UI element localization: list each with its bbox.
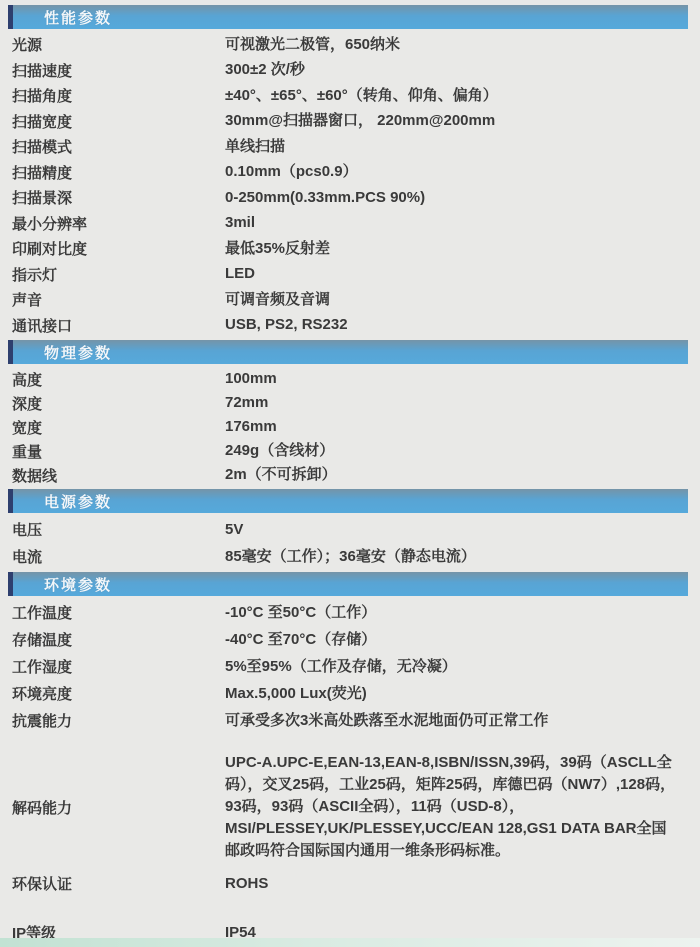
spec-value: 176mm [225, 416, 680, 438]
spec-value: -10°C 至50°C（工作） [225, 602, 680, 624]
spec-section: 电源参数 电压 5V 电流 85毫安（工作）；36毫安（静态电流） [0, 489, 700, 572]
spec-row: 扫描模式 单线扫描 [12, 134, 688, 160]
spec-value: -40°C 至70°C（存储） [225, 629, 680, 651]
spec-label: 通讯接口 [12, 315, 225, 336]
spec-value: LED [225, 263, 680, 285]
spec-value: 0.10mm（pcs0.9） [225, 161, 680, 183]
spec-label: 最小分辨率 [12, 213, 225, 234]
spec-row: 数据线 2m（不可拆卸） [12, 463, 688, 487]
spec-row: 环保认证 ROHS [12, 870, 688, 897]
spec-label: 深度 [12, 393, 225, 414]
spec-value: 可承受多次3米高处跌落至水泥地面仍可正常工作 [225, 710, 680, 732]
spec-label: 宽度 [12, 417, 225, 438]
section-header-bar: 性能参数 [8, 5, 688, 29]
spec-label: 声音 [12, 289, 225, 310]
spec-row: 最小分辨率 3mil [12, 211, 688, 237]
spec-row: 扫描精度 0.10mm（pcs0.9） [12, 160, 688, 186]
section-rows: 高度 100mm 深度 72mm 宽度 176mm 重量 249g（含线材） 数… [0, 364, 700, 489]
spec-row: 指示灯 LED [12, 262, 688, 288]
spec-section: 物理参数 高度 100mm 深度 72mm 宽度 176mm 重量 249g（含… [0, 340, 700, 489]
spec-value: USB, PS2, RS232 [225, 314, 680, 336]
spec-label: 指示灯 [12, 264, 225, 285]
spec-row: 扫描景深 0-250mm(0.33mm.PCS 90%) [12, 185, 688, 211]
spec-row: 电压 5V [12, 516, 688, 543]
footer-strip [0, 938, 700, 947]
spec-value: ±40°、±65°、±60°（转角、仰角、偏角） [225, 85, 680, 107]
spec-value: 最低35%反射差 [225, 238, 680, 260]
spec-value: 30mm@扫描器窗口， 220mm@200mm [225, 110, 680, 132]
spec-section: 性能参数 光源 可视激光二极管，650纳米 扫描速度 300±2 次/秒 扫描角… [0, 5, 700, 340]
spec-row: 印刷对比度 最低35%反射差 [12, 236, 688, 262]
spec-value: 5%至95%（工作及存储，无冷凝） [225, 656, 680, 678]
spec-label: 环保认证 [12, 873, 225, 894]
section-rows: 电压 5V 电流 85毫安（工作）；36毫安（静态电流） [0, 513, 700, 572]
section-title: 环境参数 [44, 574, 112, 595]
spec-value: 0-250mm(0.33mm.PCS 90%) [225, 187, 680, 209]
spec-label: 解码能力 [12, 797, 225, 818]
spec-row: 电流 85毫安（工作）；36毫安（静态电流） [12, 543, 688, 570]
spec-value: 可调音频及音调 [225, 289, 680, 311]
spec-label: 工作温度 [12, 602, 225, 623]
spec-label: 电压 [12, 519, 225, 540]
spec-value: 100mm [225, 368, 680, 390]
section-header-bar: 物理参数 [8, 340, 688, 364]
spec-section: 环境参数 工作温度 -10°C 至50°C（工作） 存储温度 -40°C 至70… [0, 572, 700, 947]
spec-row: 存储温度 -40°C 至70°C（存储） [12, 626, 688, 653]
spec-label: 存储温度 [12, 629, 225, 650]
section-header-bar: 电源参数 [8, 489, 688, 513]
spec-label: 扫描宽度 [12, 111, 225, 132]
spec-row: 宽度 176mm [12, 415, 688, 439]
spec-value: 3mil [225, 212, 680, 234]
section-header-bar: 环境参数 [8, 572, 688, 596]
spec-row: 高度 100mm [12, 367, 688, 391]
spec-value: 5V [225, 519, 680, 541]
spec-row: 工作温度 -10°C 至50°C（工作） [12, 599, 688, 626]
spec-row: 解码能力 UPC-A.UPC-E,EAN-13,EAN-8,ISBN/ISSN,… [12, 748, 688, 866]
spec-row: 扫描角度 ±40°、±65°、±60°（转角、仰角、偏角） [12, 83, 688, 109]
spec-label: 扫描模式 [12, 136, 225, 157]
spec-label: 光源 [12, 34, 225, 55]
spec-label: 印刷对比度 [12, 238, 225, 259]
section-rows: 光源 可视激光二极管，650纳米 扫描速度 300±2 次/秒 扫描角度 ±40… [0, 29, 700, 340]
spec-label: 扫描速度 [12, 60, 225, 81]
spec-sheet: 性能参数 光源 可视激光二极管，650纳米 扫描速度 300±2 次/秒 扫描角… [0, 0, 700, 947]
spec-label: 扫描角度 [12, 85, 225, 106]
spec-value: UPC-A.UPC-E,EAN-13,EAN-8,ISBN/ISSN,39码，3… [225, 752, 680, 862]
section-title: 性能参数 [44, 7, 112, 28]
spec-label: 扫描景深 [12, 187, 225, 208]
spec-label: 数据线 [12, 465, 225, 486]
spec-value: ROHS [225, 873, 680, 895]
spec-row: 环境亮度 Max.5,000 Lux(荧光) [12, 680, 688, 707]
spec-label: 环境亮度 [12, 683, 225, 704]
spec-row: 抗震能力 可承受多次3米高处跌落至水泥地面仍可正常工作 [12, 707, 688, 734]
spec-value: 249g（含线材） [225, 440, 680, 462]
spec-value: 300±2 次/秒 [225, 59, 680, 81]
spec-row: 重量 249g（含线材） [12, 439, 688, 463]
section-title: 电源参数 [44, 491, 112, 512]
spec-label: 重量 [12, 441, 225, 462]
section-rows: 工作温度 -10°C 至50°C（工作） 存储温度 -40°C 至70°C（存储… [0, 596, 700, 947]
spec-row: 深度 72mm [12, 391, 688, 415]
spec-label: 扫描精度 [12, 162, 225, 183]
spec-label: 工作湿度 [12, 656, 225, 677]
spec-row: 工作湿度 5%至95%（工作及存储，无冷凝） [12, 653, 688, 680]
spec-row: 光源 可视激光二极管，650纳米 [12, 32, 688, 58]
spec-value: 72mm [225, 392, 680, 414]
spec-value: 85毫安（工作）；36毫安（静态电流） [225, 546, 680, 568]
spec-label: 高度 [12, 369, 225, 390]
spec-value: 2m（不可拆卸） [225, 464, 680, 486]
spec-label: 抗震能力 [12, 710, 225, 731]
section-title: 物理参数 [44, 342, 112, 363]
spec-value: Max.5,000 Lux(荧光) [225, 683, 680, 705]
spec-row: 通讯接口 USB, PS2, RS232 [12, 313, 688, 339]
spec-row: 扫描宽度 30mm@扫描器窗口， 220mm@200mm [12, 109, 688, 135]
spec-value: 单线扫描 [225, 136, 680, 158]
spec-value: 可视激光二极管，650纳米 [225, 34, 680, 56]
spec-label: 电流 [12, 546, 225, 567]
spec-row: 扫描速度 300±2 次/秒 [12, 58, 688, 84]
spec-row: 声音 可调音频及音调 [12, 287, 688, 313]
